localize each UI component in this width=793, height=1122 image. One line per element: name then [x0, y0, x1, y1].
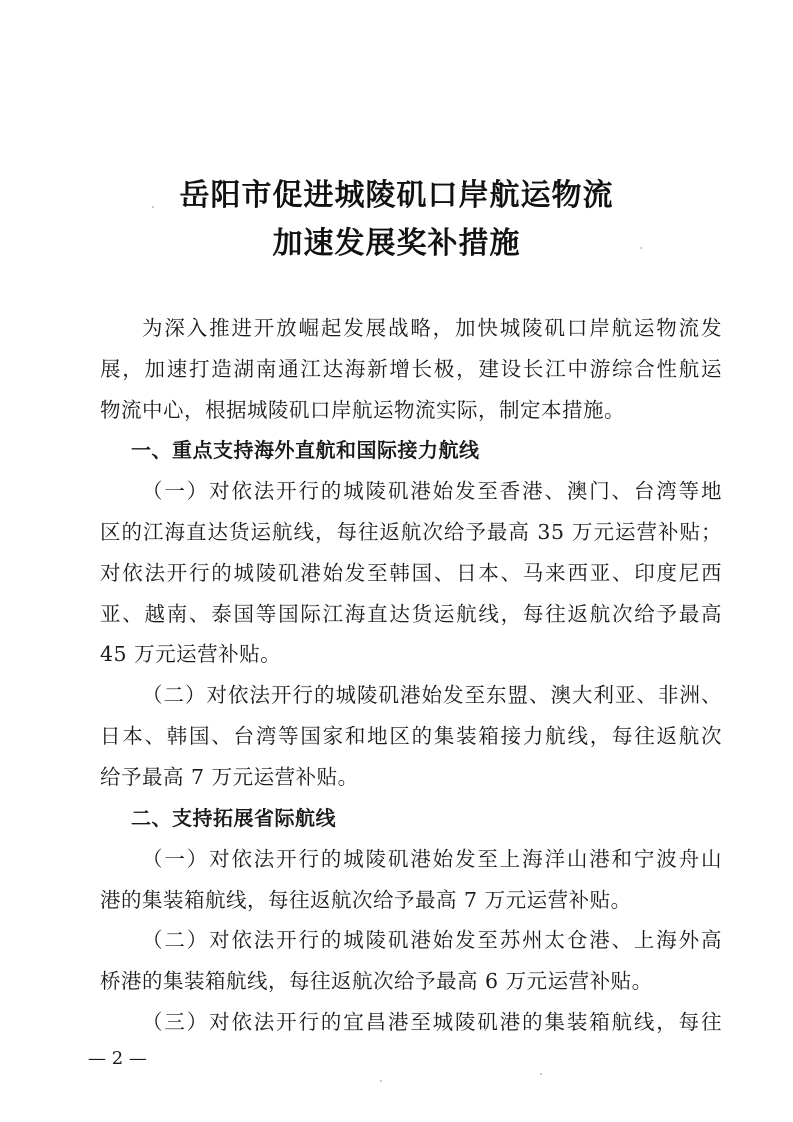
text-line: （三）对依法开行的宜昌港至城陵矶港的集装箱航线，每往: [142, 1010, 722, 1034]
document-title-line1: 岳阳市促进城陵矶口岸航运物流: [0, 170, 793, 214]
text-line: 给予最高 7 万元运营补贴。: [100, 765, 722, 789]
text-line: 45 万元运营补贴。: [100, 642, 722, 666]
text-line: 桥港的集装箱航线，每往返航次给予最高 6 万元运营补贴。: [100, 969, 722, 993]
page-number: — 2 —: [88, 1048, 147, 1069]
text-line: 亚、越南、泰国等国际江海直达货运航线，每往返航次给予最高: [100, 602, 722, 626]
text-line: 展，加速打造湖南通江达海新增长极，建设长江中游综合性航运: [100, 357, 722, 381]
text-line: （二）对依法开行的城陵矶港始发至苏州太仓港、上海外高: [142, 928, 722, 952]
document-title-line2: 加速发展奖补措施: [0, 218, 793, 262]
section-heading-1: 一、重点支持海外直航和国际接力航线: [131, 438, 480, 462]
document-page: 岳阳市促进城陵矶口岸航运物流 加速发展奖补措施 为深入推进开放崛起发展战略，加快…: [0, 0, 793, 1122]
scan-speck: [152, 206, 154, 208]
scan-speck: [380, 1080, 382, 1082]
scan-speck: [640, 247, 642, 249]
text-line: 区的江海直达货运航线，每往返航次给予最高 35 万元运营补贴；: [100, 520, 722, 544]
text-line: 港的集装箱航线，每往返航次给予最高 7 万元运营补贴。: [100, 888, 722, 912]
text-line: 物流中心，根据城陵矶口岸航运物流实际，制定本措施。: [100, 398, 722, 422]
text-line: 对依法开行的城陵矶港始发至韩国、日本、马来西亚、印度尼西: [100, 561, 722, 585]
text-line: 为深入推进开放崛起发展战略，加快城陵矶口岸航运物流发: [142, 316, 722, 340]
text-line: （一）对依法开行的城陵矶港始发至香港、澳门、台湾等地: [142, 479, 722, 503]
section-heading-2: 二、支持拓展省际航线: [131, 806, 336, 830]
scan-speck: [540, 1073, 542, 1075]
text-line: （一）对依法开行的城陵矶港始发至上海洋山港和宁波舟山: [142, 847, 722, 871]
text-line: （二）对依法开行的城陵矶港始发至东盟、澳大利亚、非洲、: [142, 683, 722, 707]
text-line: 日本、韩国、台湾等国家和地区的集装箱接力航线，每往返航次: [100, 724, 722, 748]
